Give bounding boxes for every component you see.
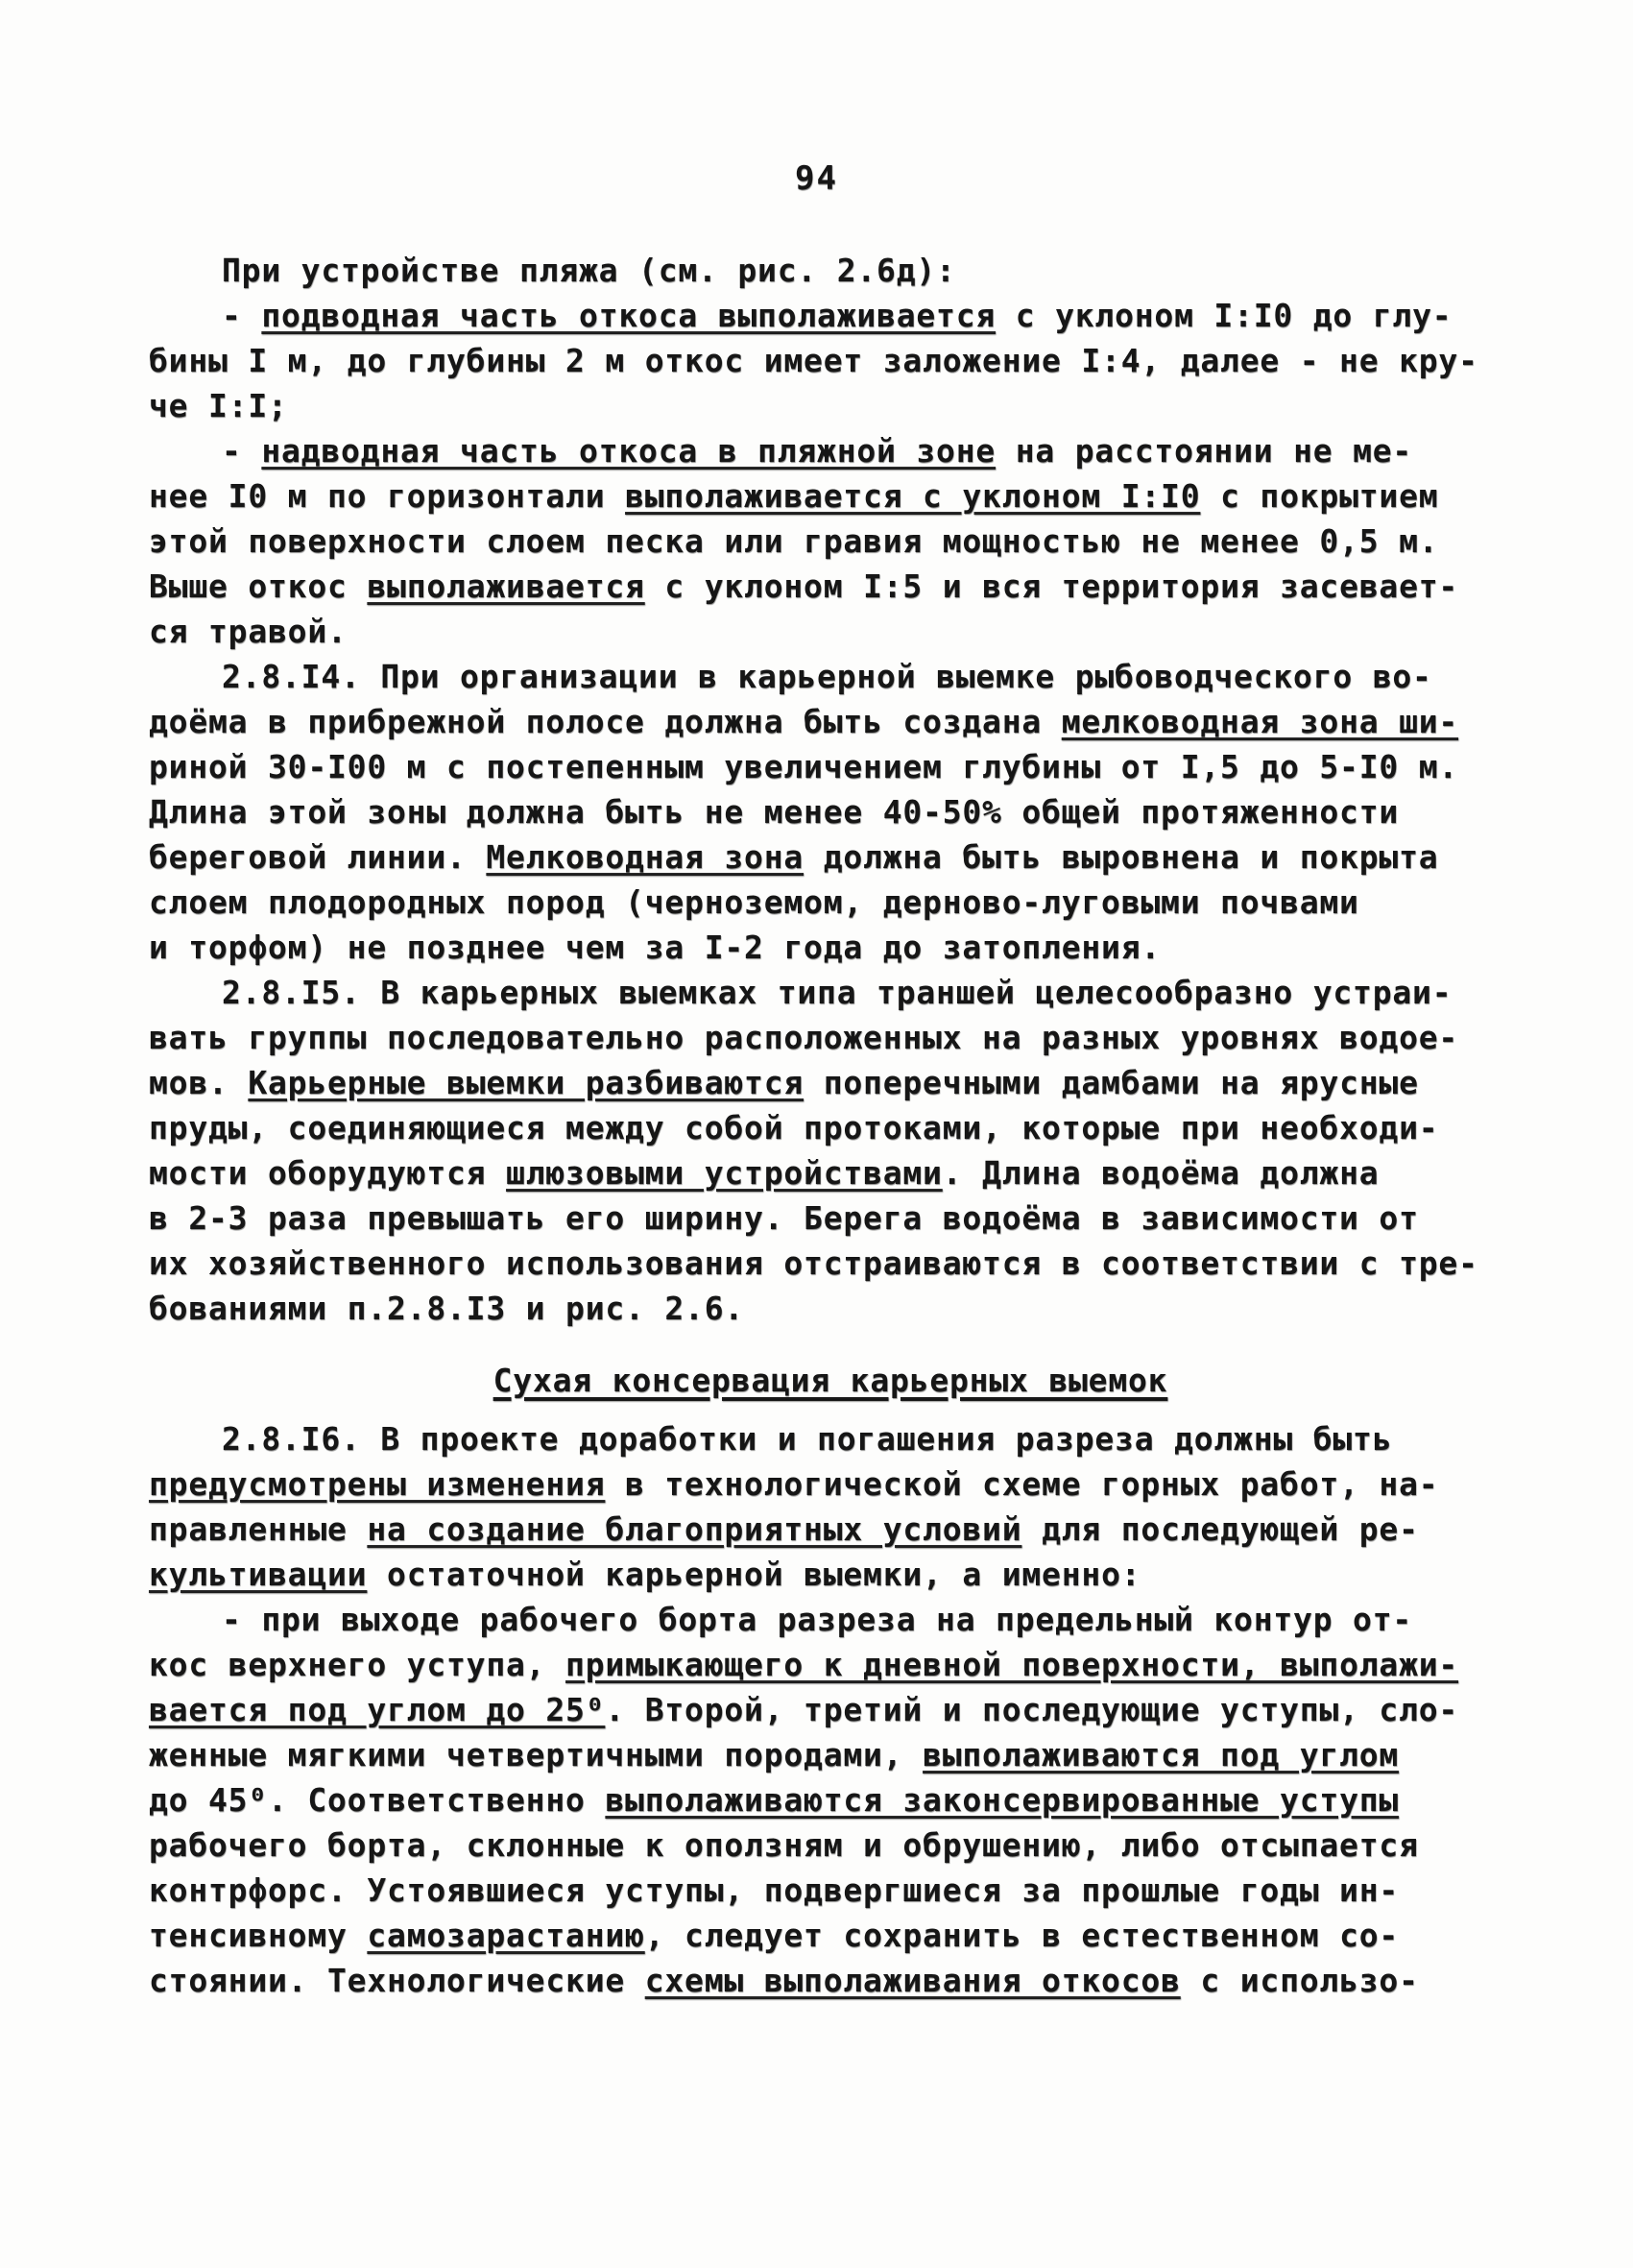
section-heading: Сухая консервация карьерных выемок	[149, 1358, 1512, 1403]
underlined-term: культивации	[149, 1556, 367, 1593]
underlined-term: выполаживается	[367, 567, 644, 605]
section-heading-text: Сухая консервация карьерных выемок	[493, 1362, 1168, 1399]
text-segment: до 45⁰. Соответственно	[149, 1781, 605, 1819]
paragraph: - при выходе рабочего борта разреза на п…	[149, 1597, 1512, 2003]
text-line: ся травой.	[149, 609, 1512, 654]
text-segment: поперечными дамбами на ярусные	[804, 1064, 1419, 1101]
text-line: женные мягкими четвертичными породами, в…	[149, 1732, 1512, 1777]
text-line: Длина этой зоны должна быть не менее 40-…	[149, 789, 1512, 834]
underlined-term: предусмотрены изменения	[149, 1465, 605, 1503]
underlined-term: подводная часть откоса выполаживается	[261, 297, 996, 334]
text-segment: правленные	[149, 1510, 367, 1548]
text-segment: с покрытием	[1200, 477, 1438, 515]
text-segment: -	[222, 432, 261, 470]
text-line: - надводная часть откоса в пляжной зоне …	[149, 428, 1512, 473]
text-line: этой поверхности слоем песка или гравия …	[149, 519, 1512, 564]
underlined-term: самозарастанию	[367, 1917, 644, 1954]
underlined-term: выполаживаются под углом	[923, 1736, 1399, 1773]
text-segment: Выше откос	[149, 567, 367, 605]
text-line: в 2-3 раза превышать его ширину. Берега …	[149, 1195, 1512, 1241]
text-line: правленные на создание благоприятных усл…	[149, 1507, 1512, 1552]
text-line: слоем плодородных пород (черноземом, дер…	[149, 880, 1512, 925]
paragraph: 2.8.I4. При организации в карьерной выем…	[149, 654, 1512, 970]
text-segment: для последующей ре-	[1021, 1510, 1418, 1548]
text-line: че I:I;	[149, 383, 1512, 428]
paragraph: При устройстве пляжа (см. рис. 2.6д):	[149, 248, 1512, 293]
underlined-term: на создание благоприятных условий	[367, 1510, 1021, 1548]
text-line: 2.8.I4. При организации в карьерной выем…	[149, 654, 1512, 699]
text-segment: на расстоянии не ме-	[996, 432, 1412, 470]
text-line: их хозяйственного использования отстраив…	[149, 1241, 1512, 1286]
text-segment: мости оборудуются	[149, 1154, 506, 1192]
text-line: рабочего борта, склонные к оползням и об…	[149, 1822, 1512, 1868]
text-line: культивации остаточной карьерной выемки,…	[149, 1552, 1512, 1597]
text-line: предусмотрены изменения в технологическо…	[149, 1461, 1512, 1507]
text-line: бины I м, до глубины 2 м откос имеет зал…	[149, 338, 1512, 383]
text-line: контрфорс. Устоявшиеся уступы, подвергши…	[149, 1868, 1512, 1913]
text-segment: . Длина водоёма должна	[943, 1154, 1380, 1192]
text-line: береговой линии. Мелководная зона должна…	[149, 834, 1512, 880]
text-line: пруды, соединяющиеся между собой протока…	[149, 1105, 1512, 1150]
text-line: стоянии. Технологические схемы выполажив…	[149, 1958, 1512, 2003]
text-line: вать группы последовательно расположенны…	[149, 1015, 1512, 1060]
text-segment: должна быть выровнена и покрыта	[804, 838, 1438, 876]
text-segment: нее I0 м по горизонтали	[149, 477, 625, 515]
text-line: - при выходе рабочего борта разреза на п…	[149, 1597, 1512, 1642]
paragraph: - подводная часть откоса выполаживается …	[149, 293, 1512, 428]
text-segment: стоянии. Технологические	[149, 1962, 645, 1999]
text-segment: с уклоном I:5 и вся территория засевает-	[645, 567, 1458, 605]
text-segment: тенсивному	[149, 1917, 367, 1954]
underlined-term: надводная часть откоса в пляжной зоне	[261, 432, 996, 470]
text-segment: в технологической схеме горных работ, на…	[605, 1465, 1438, 1503]
underlined-term: примыкающего к дневной поверхности, выпо…	[565, 1646, 1458, 1683]
text-line: вается под углом до 25⁰. Второй, третий …	[149, 1687, 1512, 1732]
underlined-term: Карьерные выемки разбиваются	[248, 1064, 804, 1101]
text-segment: доёма в прибрежной полосе должна быть со…	[149, 703, 1062, 740]
text-line: мов. Карьерные выемки разбиваются попере…	[149, 1060, 1512, 1105]
text-line: мости оборудуются шлюзовыми устройствами…	[149, 1150, 1512, 1195]
text-segment: женные мягкими четвертичными породами,	[149, 1736, 923, 1773]
text-line: до 45⁰. Соответственно выполаживаются за…	[149, 1777, 1512, 1822]
text-line: - подводная часть откоса выполаживается …	[149, 293, 1512, 338]
underlined-term: вается под углом до 25⁰	[149, 1691, 605, 1728]
text-segment: с использо-	[1181, 1962, 1419, 1999]
scanned-document-page: 94 При устройстве пляжа (см. рис. 2.6д):…	[0, 0, 1633, 2268]
document-text-body: При устройстве пляжа (см. рис. 2.6д):- п…	[149, 248, 1512, 2003]
paragraph: - надводная часть откоса в пляжной зоне …	[149, 428, 1512, 654]
underlined-term: выполаживаются законсервированные уступы	[605, 1781, 1399, 1819]
text-line: тенсивному самозарастанию, следует сохра…	[149, 1913, 1512, 1958]
text-line: 2.8.I5. В карьерных выемках типа траншей…	[149, 970, 1512, 1015]
underlined-term: мелководная зона ши-	[1062, 703, 1458, 740]
text-segment: кос верхнего уступа,	[149, 1646, 565, 1683]
text-line: 2.8.I6. В проекте доработки и погашения …	[149, 1416, 1512, 1461]
text-line: Выше откос выполаживается с уклоном I:5 …	[149, 564, 1512, 609]
underlined-term: шлюзовыми устройствами	[506, 1154, 943, 1192]
text-line: кос верхнего уступа, примыкающего к днев…	[149, 1642, 1512, 1687]
text-segment: остаточной карьерной выемки, а именно:	[367, 1556, 1141, 1593]
underlined-term: схемы выполаживания откосов	[645, 1962, 1181, 1999]
text-segment: . Второй, третий и последующие уступы, с…	[605, 1691, 1458, 1728]
paragraph: 2.8.I6. В проекте доработки и погашения …	[149, 1416, 1512, 1597]
underlined-term: выполаживается с уклоном I:I0	[625, 477, 1200, 515]
underlined-term: Мелководная зона	[486, 838, 804, 876]
text-line: При устройстве пляжа (см. рис. 2.6д):	[149, 248, 1512, 293]
paragraph: 2.8.I5. В карьерных выемках типа траншей…	[149, 970, 1512, 1331]
text-line: риной 30-I00 м с постепенным увеличением…	[149, 744, 1512, 789]
text-segment: с уклоном I:I0 до глу-	[996, 297, 1452, 334]
text-line: доёма в прибрежной полосе должна быть со…	[149, 699, 1512, 744]
text-line: и торфом) не позднее чем за I-2 года до …	[149, 925, 1512, 970]
text-segment: -	[222, 297, 261, 334]
page-number: 94	[0, 159, 1633, 198]
text-line: нее I0 м по горизонтали выполаживается с…	[149, 473, 1512, 519]
text-line: бованиями п.2.8.I3 и рис. 2.6.	[149, 1286, 1512, 1331]
text-segment: , следует сохранить в естественном со-	[645, 1917, 1399, 1954]
text-segment: береговой линии.	[149, 838, 486, 876]
text-segment: мов.	[149, 1064, 248, 1101]
